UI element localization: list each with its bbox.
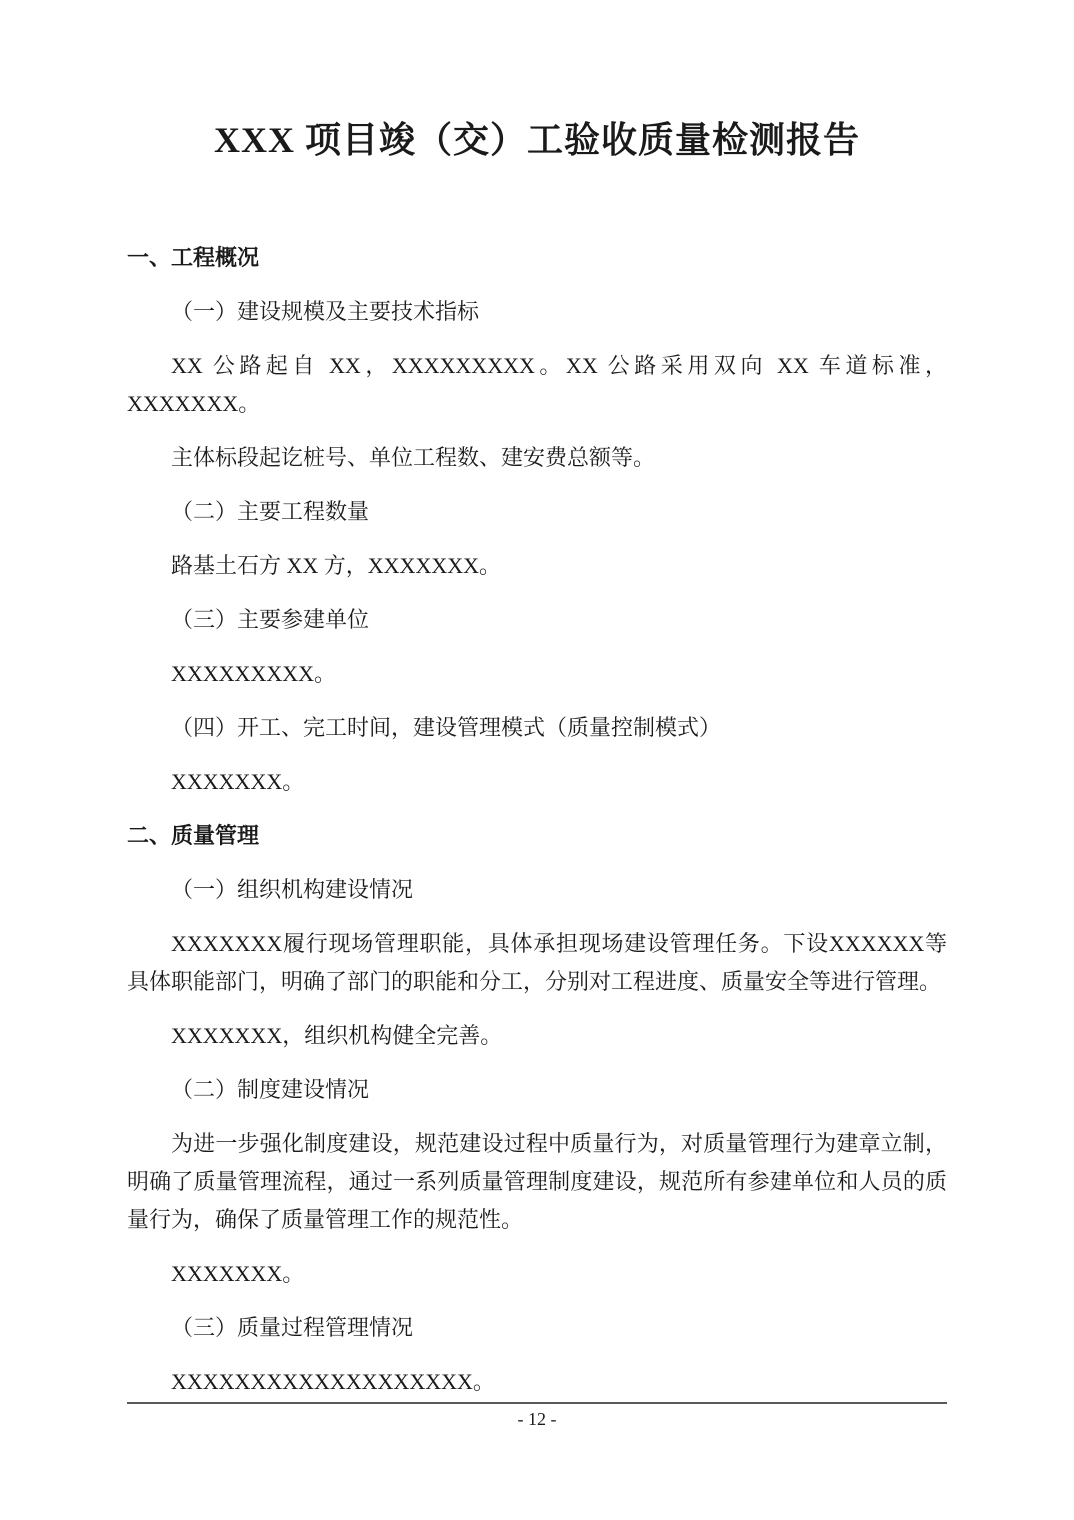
paragraph: XXXXXXX履行现场管理职能，具体承担现场建设管理任务。下设XXXXXX等具体… [127, 925, 947, 1001]
paragraph: XXXXXXX。 [127, 763, 947, 801]
paragraph: XXXXXXXXX。 [127, 655, 947, 693]
section-heading-quality-management: 二、质量管理 [127, 817, 947, 855]
paragraph: XX 公路起自 XX，XXXXXXXXX。XX 公路采用双向 XX 车道标准，X… [127, 347, 947, 423]
subheading: （二）制度建设情况 [127, 1071, 947, 1109]
document-content: XXX 项目竣（交）工验收质量检测报告 一、工程概况 （一）建设规模及主要技术指… [0, 118, 1074, 1401]
paragraph: XXXXXXX，组织机构健全完善。 [127, 1017, 947, 1055]
paragraph: 主体标段起讫桩号、单位工程数、建安费总额等。 [127, 439, 947, 477]
subheading: （一）组织机构建设情况 [127, 871, 947, 909]
document-title: XXX 项目竣（交）工验收质量检测报告 [127, 118, 947, 162]
page-number: - 12 - [127, 1404, 947, 1430]
paragraph: XXXXXXX。 [127, 1255, 947, 1293]
footer-divider: - 12 - [127, 1402, 947, 1430]
subheading: （四）开工、完工时间，建设管理模式（质量控制模式） [127, 709, 947, 747]
subheading: （三）主要参建单位 [127, 601, 947, 639]
section-quality-management: 二、质量管理 （一）组织机构建设情况 XXXXXXX履行现场管理职能，具体承担现… [127, 817, 947, 1401]
paragraph: XXXXXXXXXXXXXXXXXXX。 [127, 1363, 947, 1401]
paragraph: 路基土石方 XX 方，XXXXXXX。 [127, 547, 947, 585]
section-project-overview: 一、工程概况 （一）建设规模及主要技术指标 XX 公路起自 XX，XXXXXXX… [127, 239, 947, 801]
subheading: （一）建设规模及主要技术指标 [127, 293, 947, 331]
subheading: （二）主要工程数量 [127, 493, 947, 531]
paragraph: 为进一步强化制度建设，规范建设过程中质量行为，对质量管理行为建章立制，明确了质量… [127, 1125, 947, 1239]
document-page: XXX 项目竣（交）工验收质量检测报告 一、工程概况 （一）建设规模及主要技术指… [0, 0, 1074, 1520]
subheading: （三）质量过程管理情况 [127, 1309, 947, 1347]
section-heading-project-overview: 一、工程概况 [127, 239, 947, 277]
